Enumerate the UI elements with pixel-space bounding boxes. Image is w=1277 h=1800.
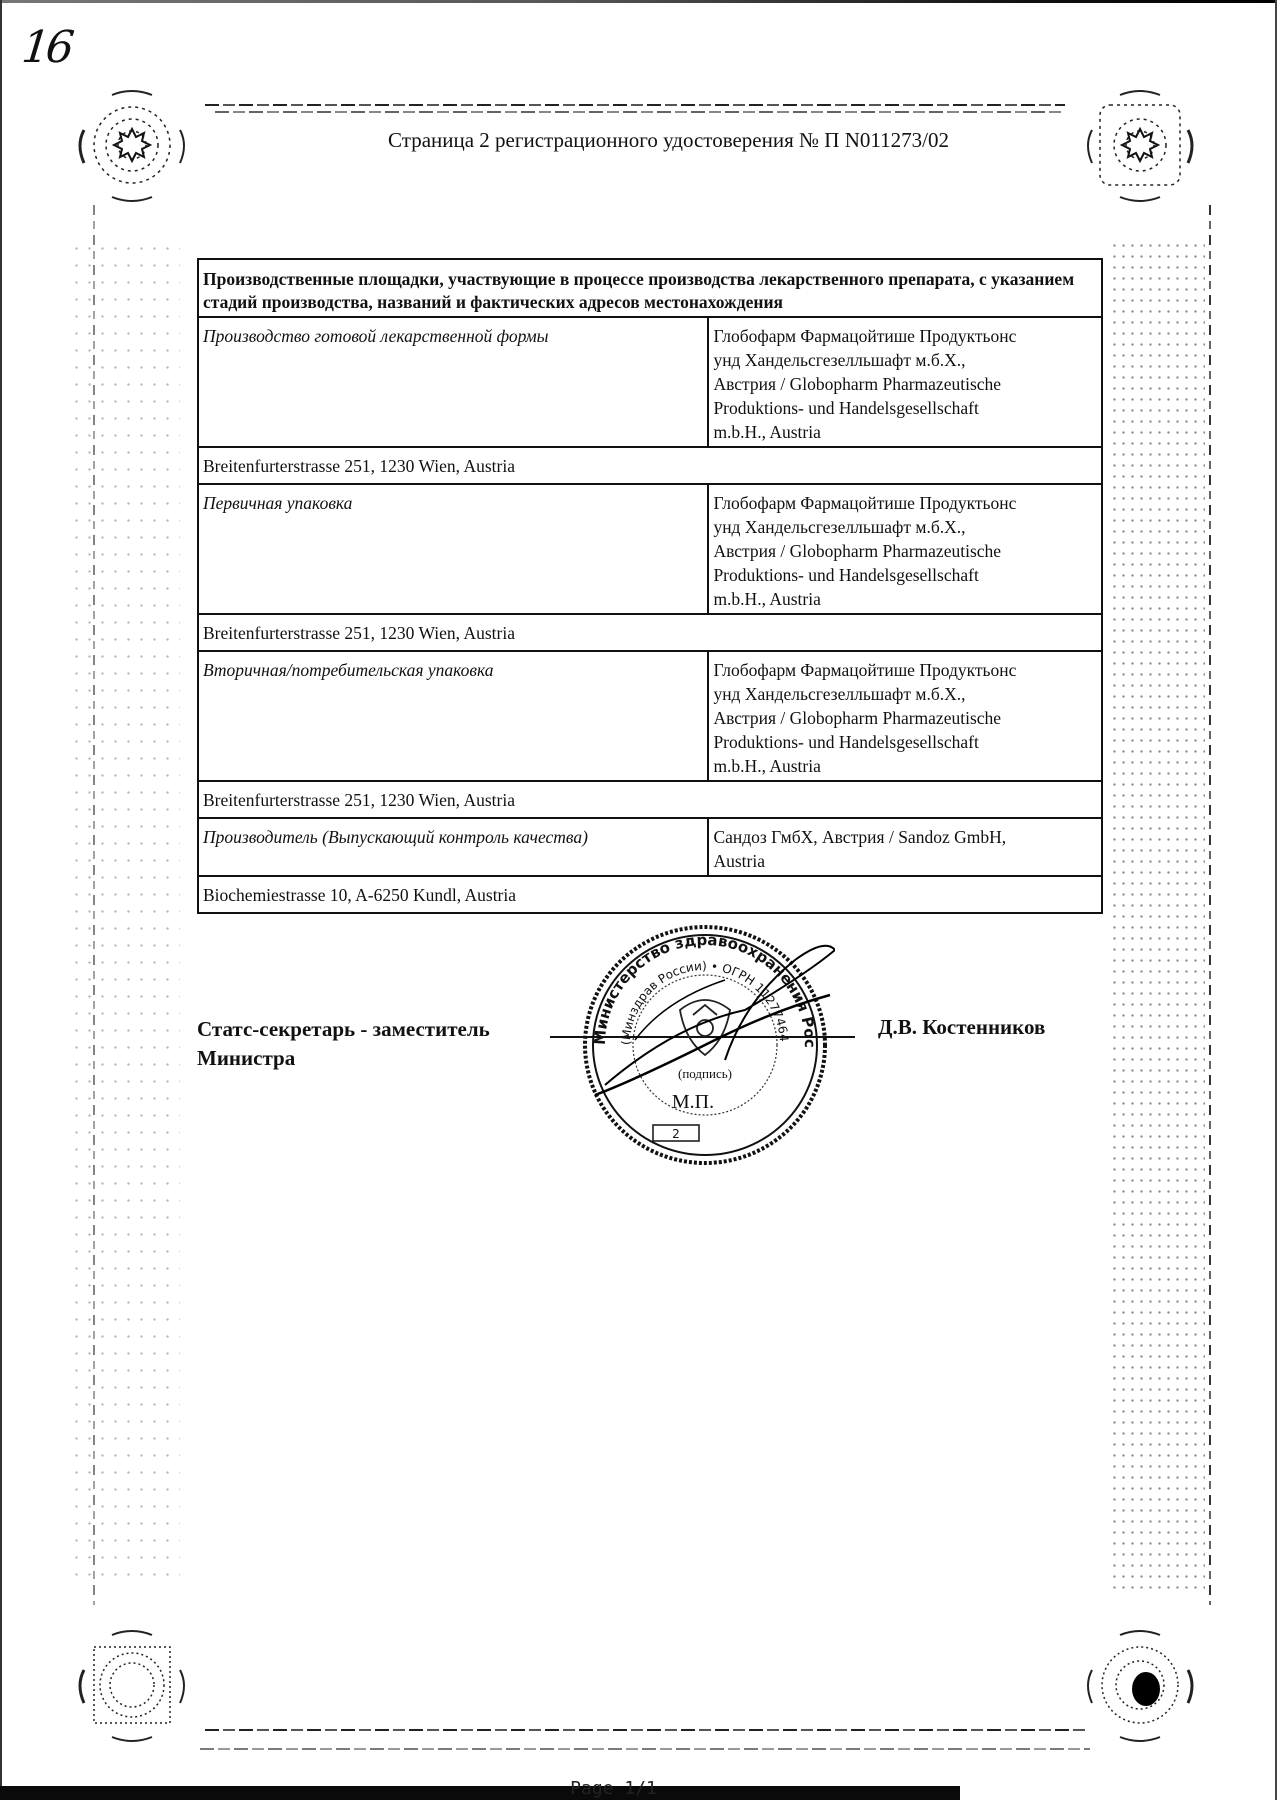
company-line: Глобофарм Фармацойтише Продуктьонс (713, 324, 1097, 348)
frame-border-right (1209, 205, 1211, 1605)
company-name: Сандоз ГмбХ, Австрия / Sandoz GmbH, Aust… (708, 818, 1102, 876)
official-stamp-icon: Министерство здравоохранения Российской … (575, 920, 835, 1170)
company-name: Глобофарм Фармацойтише Продуктьонс унд Х… (708, 651, 1102, 781)
table-row-address: Breitenfurterstrasse 251, 1230 Wien, Aus… (198, 447, 1102, 484)
stage-name: Производитель (Выпускающий контроль каче… (198, 818, 708, 876)
page-title: Страница 2 регистрационного удостоверени… (0, 128, 1277, 153)
company-line: m.b.H., Austria (713, 420, 1097, 444)
company-line: унд Хандельсгезелльшафт м.б.Х., (713, 682, 1097, 706)
company-line: m.b.H., Austria (713, 754, 1097, 778)
guilloche-pattern-left (70, 240, 180, 1590)
site-address: Biochemiestrasse 10, A-6250 Kundl, Austr… (198, 876, 1102, 913)
table-header-row: Производственные площадки, участвующие в… (198, 259, 1102, 317)
stamp-mp-label: М.П. (672, 1091, 714, 1113)
table-row: Производитель (Выпускающий контроль каче… (198, 818, 1102, 876)
company-line: Австрия / Globopharm Pharmazeutische (713, 372, 1097, 396)
site-address: Breitenfurterstrasse 251, 1230 Wien, Aus… (198, 614, 1102, 651)
rosette-ornament-icon (1080, 1625, 1200, 1745)
site-address: Breitenfurterstrasse 251, 1230 Wien, Aus… (198, 447, 1102, 484)
stage-name: Первичная упаковка (198, 484, 708, 614)
company-line: Сандоз ГмбХ, Австрия / Sandoz GmbH, (713, 825, 1097, 849)
frame-border-top (205, 104, 1065, 106)
table-row: Производство готовой лекарственной формы… (198, 317, 1102, 447)
table-row: Первичная упаковка Глобофарм Фармацойтиш… (198, 484, 1102, 614)
company-line: Глобофарм Фармацойтише Продуктьонс (713, 658, 1097, 682)
company-line: m.b.H., Austria (713, 587, 1097, 611)
table-row-address: Breitenfurterstrasse 251, 1230 Wien, Aus… (198, 614, 1102, 651)
table-row: Вторичная/потребительская упаковка Глобо… (198, 651, 1102, 781)
signer-position-line: Статс-секретарь - заместитель (197, 1015, 490, 1044)
signer-position-line: Министра (197, 1044, 490, 1073)
company-line: Австрия / Globopharm Pharmazeutische (713, 706, 1097, 730)
company-line: унд Хандельсгезелльшафт м.б.Х., (713, 515, 1097, 539)
table-row-address: Biochemiestrasse 10, A-6250 Kundl, Austr… (198, 876, 1102, 913)
frame-border-bottom (205, 1729, 1085, 1731)
company-name: Глобофарм Фармацойтише Продуктьонс унд Х… (708, 484, 1102, 614)
table-title: Производственные площадки, участвующие в… (198, 259, 1102, 317)
stage-name: Производство готовой лекарственной формы (198, 317, 708, 447)
handwritten-page-number: 16 (19, 22, 72, 73)
rosette-ornament-icon (72, 1625, 192, 1745)
company-line: Austria (713, 849, 1097, 873)
stamp-number: 2 (672, 1127, 680, 1141)
table-row-address: Breitenfurterstrasse 251, 1230 Wien, Aus… (198, 781, 1102, 818)
company-line: Produktions- und Handelsgesellschaft (713, 396, 1097, 420)
signer-position: Статс-секретарь - заместитель Министра (197, 1015, 490, 1073)
stamp-signature-label: (подпись) (678, 1066, 732, 1081)
guilloche-pattern-right (1110, 240, 1205, 1590)
company-name: Глобофарм Фармацойтише Продуктьонс унд Х… (708, 317, 1102, 447)
stage-name: Вторичная/потребительская упаковка (198, 651, 708, 781)
site-address: Breitenfurterstrasse 251, 1230 Wien, Aus… (198, 781, 1102, 818)
company-line: Produktions- und Handelsgesellschaft (713, 730, 1097, 754)
production-sites-table: Производственные площадки, участвующие в… (197, 258, 1103, 914)
frame-border-bottom-inner (200, 1748, 1090, 1750)
page-number: Page 1/1 (0, 1778, 1277, 1799)
signer-name: Д.В. Костенников (878, 1015, 1045, 1040)
company-line: Австрия / Globopharm Pharmazeutische (713, 539, 1097, 563)
company-line: унд Хандельсгезелльшафт м.б.Х., (713, 348, 1097, 372)
frame-border-top-inner (215, 111, 1065, 113)
scan-edge-left (0, 0, 2, 1800)
company-line: Produktions- und Handelsgesellschaft (713, 563, 1097, 587)
scan-edge-top (0, 0, 1277, 3)
company-line: Глобофарм Фармацойтише Продуктьонс (713, 491, 1097, 515)
